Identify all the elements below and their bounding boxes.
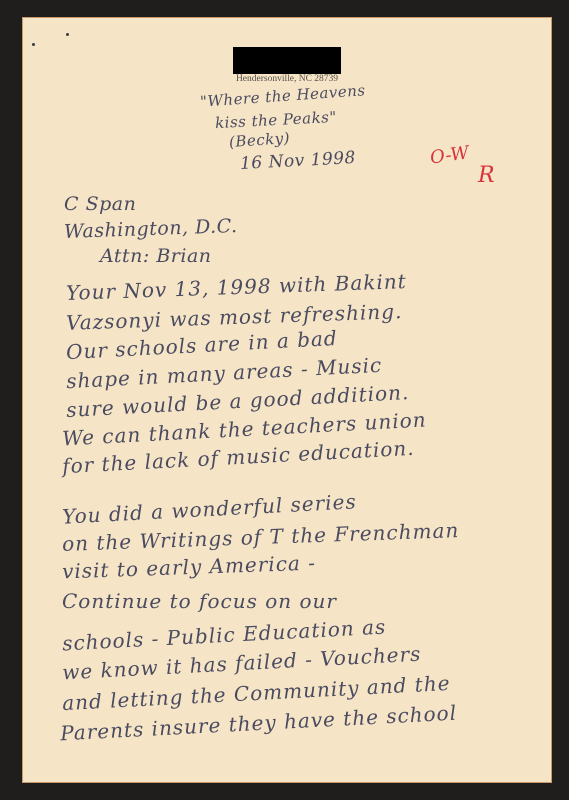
recipient-line-1: C Span [64,193,136,215]
letter-page: Hendersonville, NC 28739 "Where the Heav… [22,17,552,783]
body-line: Your Nov 13, 1998 with Bakint [66,269,407,305]
redaction-bar [233,47,341,74]
body-line: Vazsonyi was most refreshing. [66,299,403,335]
red-annotation-ow: O-W [429,142,471,168]
motto-line-2: kiss the Peaks" [215,108,338,132]
paper-speck [32,43,35,46]
red-annotation-r: R [478,163,495,188]
scanned-document: Hendersonville, NC 28739 "Where the Heav… [0,0,569,800]
motto-line-1: "Where the Heavens [200,81,366,111]
signature-initial: (Becky) [228,129,290,151]
body-line: Continue to focus on our [62,589,337,613]
paper-speck [66,33,69,36]
letter-date: 16 Nov 1998 [240,148,357,174]
body-line: visit to early America - [62,551,317,584]
recipient-line-3: Attn: Brian [100,245,212,267]
recipient-line-2: Washington, D.C. [64,215,238,243]
